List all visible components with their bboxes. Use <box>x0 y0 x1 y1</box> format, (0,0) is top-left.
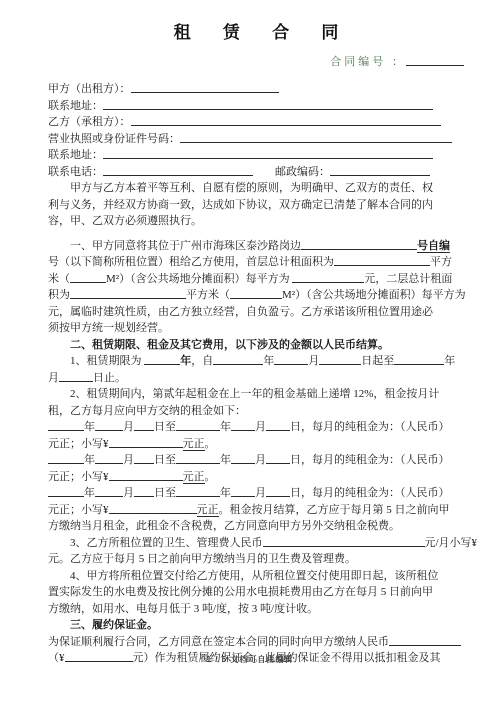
doc-text: M²）（含公共场地分摊面积）每平方为 <box>106 273 292 285</box>
doc-text: 甲方与乙方本着平等互利、自愿有偿的原则，为明确甲、乙双方的责任、权 <box>70 182 433 194</box>
clause-2-heading: 二、租赁期限、租金及其它费用，以下涉及的金额以人民币结算。 <box>48 337 464 354</box>
fill-in-blank <box>95 453 123 464</box>
fill-in-blank <box>394 354 444 365</box>
contract-number-line: 合同编号 ： <box>48 53 464 69</box>
doc-text: 容，甲、乙双方必须遵照执行。 <box>48 215 202 227</box>
contract-number-blank <box>406 55 464 66</box>
doc-text: 元。乙方应于每月 5 日之前向甲方缴纳当月的卫生费及管理费。 <box>48 553 356 565</box>
doc-text: 三、履约保证金。 <box>70 619 158 631</box>
doc-text: 联系电话： <box>48 166 103 178</box>
rent-period-3-amount: 元正；小写¥元正。租金按月结算，乙方应于每月第 5 日之前向甲 <box>48 502 464 519</box>
fill-in-blank <box>95 486 123 497</box>
clause-1-line-6: 须按甲方统一规划经营。 <box>48 320 464 337</box>
rent-payment-line: 方缴纳当月租金，此租金不含税费，乙方同意向甲方另外交纳租金税费。 <box>48 518 464 535</box>
clause-1-line-3: 米（M²）（含公共场地分摊面积）每平方为 元，二层总计租面 <box>48 271 464 288</box>
fill-in-blank <box>103 165 253 176</box>
doc-text: 甲方（出租方）： <box>48 83 131 95</box>
fill-in-blank <box>266 453 290 464</box>
doc-text: 利与义务，并经双方协商一致，达成如下协议，双方确定已清楚了解本合同的内 <box>48 199 433 211</box>
document-content: 租 赁 合 同 合同编号 ： 甲方（出租方）：联系地址：乙方（承租方）：营业执照… <box>48 18 464 667</box>
doc-text: 年 <box>220 487 231 499</box>
doc-text: 平方 <box>430 256 452 268</box>
doc-text: 月 <box>308 355 319 367</box>
party-a-line: 甲方（出租方）： <box>48 81 464 98</box>
preamble-line-2: 利与义务，并经双方协商一致，达成如下协议，双方确定已清楚了解本合同的内 <box>48 197 464 214</box>
fill-in-blank <box>266 486 290 497</box>
party-a-address-line: 联系地址： <box>48 98 464 115</box>
fill-in-blank <box>59 371 93 382</box>
doc-text: 日止。 <box>93 372 126 384</box>
doc-text: 二、租赁期限、租金及其它费用，以下涉及的金额以人民币结算。 <box>70 339 389 351</box>
rent-period-1-dates: 年月日至年月日，每月的纯租金为：（人民币） <box>48 419 464 436</box>
fill-in-blank <box>131 115 441 126</box>
doc-text: 月 <box>48 372 59 384</box>
doc-text: 日至 <box>154 454 176 466</box>
term-line-2: 月日止。 <box>48 370 464 387</box>
utilities-line-3: 方缴纳，如用水、电每月低于 3 吨/度，按 3 吨/度计收。 <box>48 601 464 618</box>
doc-text: 元正 <box>183 471 205 484</box>
fill-in-blank <box>180 132 452 143</box>
clause-1-line-1: 一、甲方同意将其位于广州市海珠区泰沙路岗边号自编 <box>48 238 464 255</box>
fill-in-blank <box>274 354 308 365</box>
preamble-line-1: 甲方与乙方本着平等互利、自愿有偿的原则，为明确甲、乙双方的责任、权 <box>48 180 464 197</box>
doc-text: 营业执照或身份证件号码： <box>48 133 180 145</box>
doc-text: 积为 <box>48 289 70 301</box>
fill-in-blank <box>263 536 425 547</box>
doc-text: 日，每月的纯租金为：（人民币） <box>290 454 450 466</box>
fill-in-blank <box>134 453 154 464</box>
fill-in-blank <box>70 288 186 299</box>
fill-in-blank <box>213 354 263 365</box>
preamble-line-3: 容，甲、乙双方必须遵照执行。 <box>48 213 464 230</box>
doc-text: 方缴纳当月租金，此租金不含税费，乙方同意向甲方另外交纳租金税费。 <box>48 520 400 532</box>
page-footer: 1 / 5 文档可自由编辑 <box>0 654 500 665</box>
term-line-1: 1、租赁期限为 年，自年月日起至年 <box>48 353 464 370</box>
doc-text: 1、租赁期限为 <box>70 355 144 367</box>
doc-text: 号（以下简称所租位置）租给乙方使用，首层总计租面积为 <box>48 256 334 268</box>
doc-text: 年 <box>84 454 95 466</box>
fill-in-blank <box>109 470 183 481</box>
doc-text: 租，乙方每月应向甲方交纳的租金如下： <box>48 405 246 417</box>
doc-text: M²）（含公共场地分摊面积）每平方为 <box>282 289 466 301</box>
phone-postcode-line: 联系电话： 邮政编码： <box>48 164 464 181</box>
doc-text: 年 <box>263 355 274 367</box>
fill-in-blank <box>176 420 220 431</box>
rent-period-1-amount: 元正；小写¥元正。 <box>48 436 464 453</box>
doc-text: 年 <box>444 355 455 367</box>
utilities-line-2: 置实际发生的水电费及按比例分摊的公用水电损耗费用由乙方在每月 5 日前向甲 <box>48 584 464 601</box>
fill-in-blank <box>334 255 430 266</box>
doc-text: 。 <box>205 438 216 450</box>
doc-text: 月 <box>123 487 134 499</box>
contract-document-page: 租 赁 合 同 合同编号 ： 甲方（出租方）：联系地址：乙方（承租方）：营业执照… <box>0 0 500 708</box>
doc-text: 3、乙方所租位置的卫生、管理费人民币 <box>70 537 263 549</box>
rent-increase-line-1: 2、租赁期间内，第贰年起租金在上一年的租金基础上递增 12%，租金按月计 <box>48 386 464 403</box>
document-body: 甲方（出租方）：联系地址：乙方（承租方）：营业执照或身份证件号码：联系地址：联系… <box>48 81 464 667</box>
doc-text: 年 <box>220 421 231 433</box>
rent-period-3-dates: 年月日至年月日，每月的纯租金为：（人民币） <box>48 485 464 502</box>
license-id-line: 营业执照或身份证件号码： <box>48 131 464 148</box>
fill-in-blank <box>48 486 84 497</box>
fill-in-blank <box>389 635 461 646</box>
doc-text: 2、租赁期间内，第贰年起租金在上一年的租金基础上递增 12%，租金按月计 <box>70 388 439 400</box>
fill-in-blank <box>109 503 197 514</box>
doc-text: 元正；小写¥ <box>48 504 109 516</box>
fill-in-blank <box>103 99 433 110</box>
clause-1-line-4: 积为平方米（M²）（含公共场地分摊面积）每平方为 <box>48 287 464 304</box>
doc-text: 月 <box>123 454 134 466</box>
fill-in-blank <box>319 354 361 365</box>
management-fee-line-2: 元。乙方应于每月 5 日之前向甲方缴纳当月的卫生费及管理费。 <box>48 551 464 568</box>
doc-text: 年 <box>84 421 95 433</box>
fill-in-blank <box>231 420 255 431</box>
doc-text: 一、甲方同意将其位于广州市海珠区泰沙路岗边 <box>70 240 301 252</box>
doc-text: 置实际发生的水电费及按比例分摊的公用水电损耗费用由乙方在每月 5 日前向甲 <box>48 586 433 598</box>
doc-text: 日至 <box>154 421 176 433</box>
doc-text: 。租金按月结算，乙方应于每月第 5 日之前向甲 <box>219 504 450 516</box>
fill-in-blank <box>176 453 220 464</box>
fill-in-blank <box>134 486 154 497</box>
fill-in-blank <box>70 272 106 283</box>
doc-text: 元正 <box>197 504 219 517</box>
doc-text: 元，属临时建筑性质，由乙方独立经营，自负盈亏。乙方承诺该所租位置用途必 <box>48 306 433 318</box>
deposit-line-1: 为保证顺利履行合同，乙方同意在签定本合同的同时向甲方缴纳人民币 <box>48 634 464 651</box>
doc-text: 米（ <box>48 273 70 285</box>
rent-period-2-dates: 年月日至年月日，每月的纯租金为：（人民币） <box>48 452 464 469</box>
utilities-line-1: 4、甲方将所租位置交付给乙方使用，从所租位置交付使用即日起，该所租位 <box>48 568 464 585</box>
doc-text: 联系地址： <box>48 100 103 112</box>
doc-text: 月 <box>123 421 134 433</box>
fill-in-blank <box>95 420 123 431</box>
party-b-address-line: 联系地址： <box>48 147 464 164</box>
fill-in-blank <box>231 486 255 497</box>
doc-text: 元正；小写¥ <box>48 438 109 450</box>
doc-text: 为保证顺利履行合同，乙方同意在签定本合同的同时向甲方缴纳人民币 <box>48 636 389 648</box>
doc-text: 日起至 <box>361 355 394 367</box>
doc-text: 元正；小写¥ <box>48 471 109 483</box>
fill-in-blank <box>330 165 430 176</box>
clause-1-line-5: 元，属临时建筑性质，由乙方独立经营，自负盈亏。乙方承诺该所租位置用途必 <box>48 304 464 321</box>
doc-text: 4、甲方将所租位置交付给乙方使用，从所租位置交付使用即日起，该所租位 <box>70 570 439 582</box>
party-b-line: 乙方（承租方）： <box>48 114 464 131</box>
fill-in-blank <box>131 82 279 93</box>
doc-text: 邮政编码： <box>253 166 330 178</box>
clause-3-heading: 三、履约保证金。 <box>48 617 464 634</box>
fill-in-blank <box>231 453 255 464</box>
doc-text: 年 <box>84 487 95 499</box>
fill-in-blank <box>134 420 154 431</box>
fill-in-blank <box>48 453 84 464</box>
doc-text: 元，二层总计租面 <box>364 273 452 285</box>
fill-in-blank <box>144 354 180 365</box>
fill-in-blank <box>109 437 183 448</box>
fill-in-blank <box>301 239 417 250</box>
doc-text: 乙方（承租方）： <box>48 116 131 128</box>
doc-text: 须按甲方统一规划经营。 <box>48 322 169 334</box>
doc-text: 月 <box>255 487 266 499</box>
doc-text: 联系地址： <box>48 149 103 161</box>
rent-period-2-amount: 元正；小写¥元正。 <box>48 469 464 486</box>
rent-increase-line-2: 租，乙方每月应向甲方交纳的租金如下： <box>48 403 464 420</box>
doc-text: 号自编 <box>417 240 450 253</box>
doc-text: 元/月小写¥ <box>425 537 478 549</box>
fill-in-blank <box>230 288 282 299</box>
contract-title: 租 赁 合 同 <box>48 18 464 43</box>
doc-text: 年 <box>220 454 231 466</box>
doc-text: 元正 <box>183 438 205 451</box>
clause-1-line-2: 号（以下简称所租位置）租给乙方使用，首层总计租面积为平方 <box>48 254 464 271</box>
doc-text: 月 <box>255 454 266 466</box>
doc-text: ，自 <box>191 355 213 367</box>
doc-text: 月 <box>255 421 266 433</box>
doc-text: 方缴纳，如用水、电每月低于 3 吨/度，按 3 吨/度计收。 <box>48 603 318 615</box>
fill-in-blank <box>103 148 433 159</box>
doc-text: 日，每月的纯租金为：（人民币） <box>290 421 450 433</box>
fill-in-blank <box>292 272 364 283</box>
doc-text: 。 <box>205 471 216 483</box>
fill-in-blank <box>266 420 290 431</box>
management-fee-line-1: 3、乙方所租位置的卫生、管理费人民币元/月小写¥ <box>48 535 464 552</box>
contract-number-label: 合同编号 ： <box>330 56 406 68</box>
fill-in-blank <box>176 486 220 497</box>
fill-in-blank <box>48 420 84 431</box>
doc-text: 年 <box>180 355 191 367</box>
doc-text: 日，每月的纯租金为：（人民币） <box>290 487 450 499</box>
doc-text: 平方米（ <box>186 289 230 301</box>
doc-text: 日至 <box>154 487 176 499</box>
